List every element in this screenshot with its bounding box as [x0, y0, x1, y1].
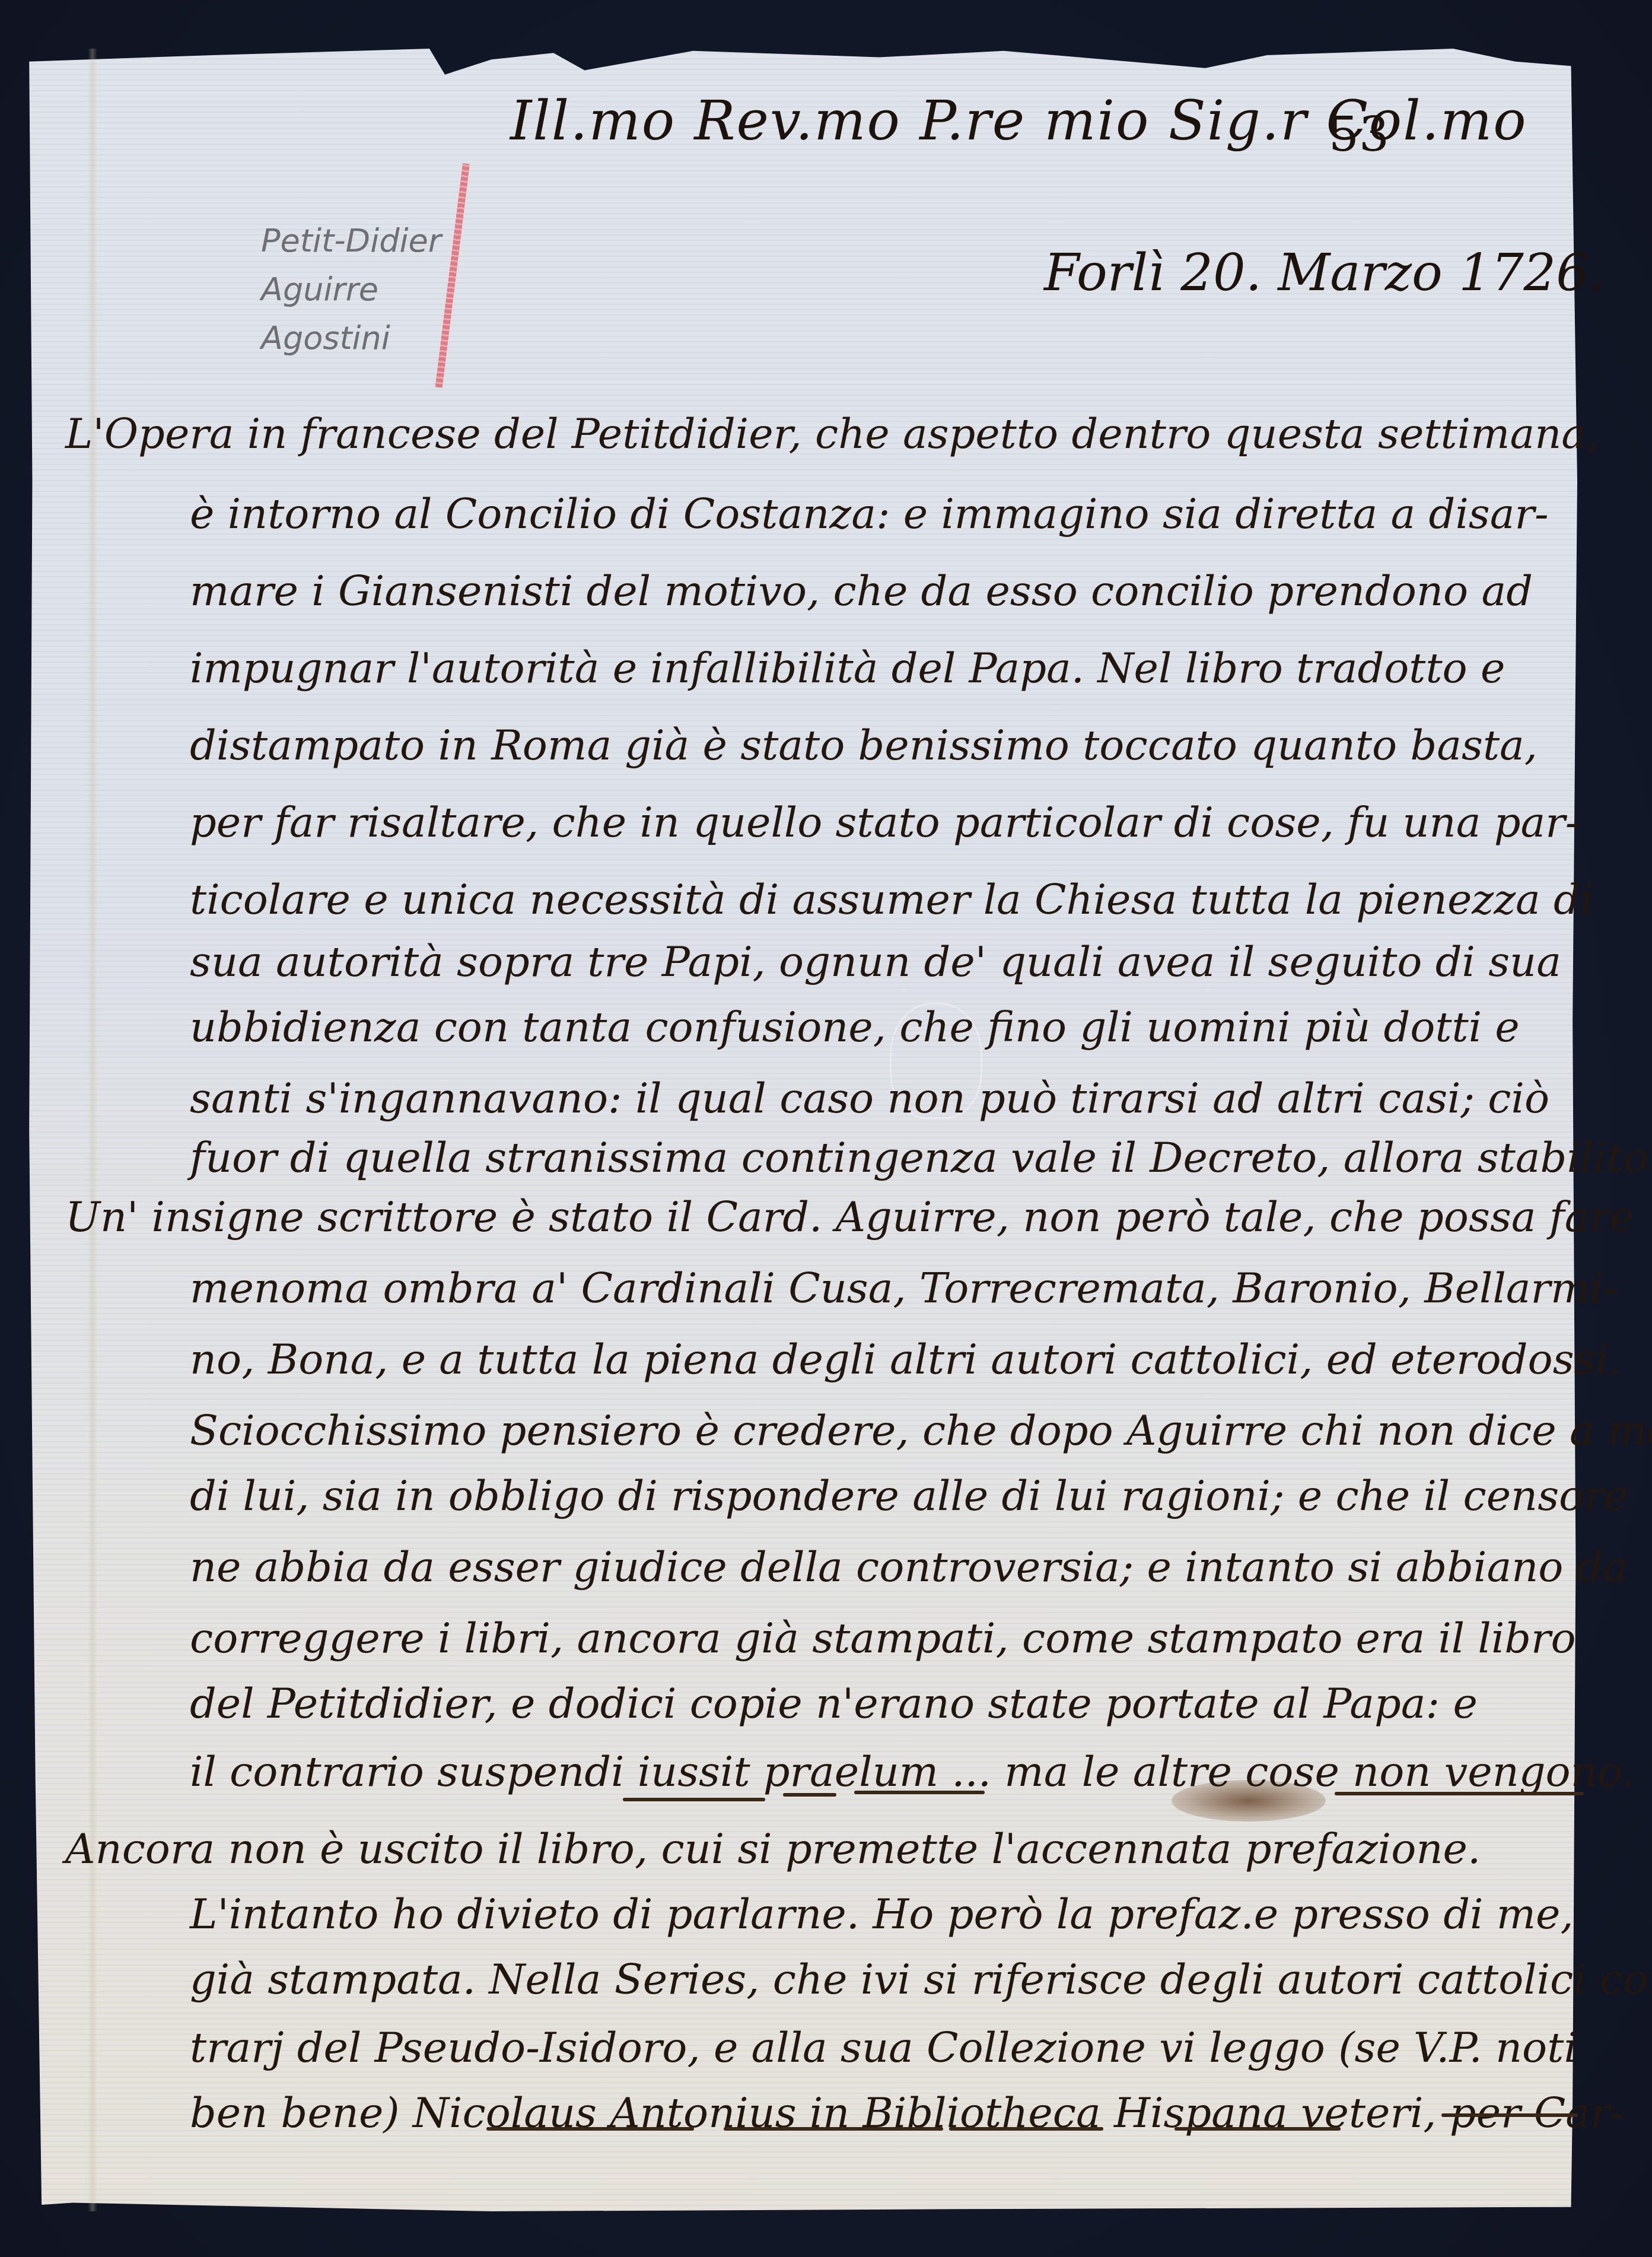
pencil-annotation: Petit-Didier Aguirre Agostini: [261, 217, 441, 363]
underline-mark: [854, 1791, 985, 1794]
pencil-annotation-line: Aguirre: [261, 265, 441, 314]
body-line: il contrario suspendi iussit praelum ...…: [190, 1747, 1635, 1796]
body-line: ubbidienza con tanta confusione, che fin…: [190, 1003, 1520, 1051]
body-line: no, Bona, e a tutta la piena degli altri…: [190, 1335, 1622, 1384]
folio-number: 53: [1329, 107, 1389, 162]
body-line: del Petitdidier, e dodici copie n'erano …: [190, 1679, 1478, 1728]
body-line: L'intanto ho divieto di parlarne. Ho per…: [190, 1890, 1574, 1938]
place-date-line: Forlì 20. Marzo 1726.: [1044, 243, 1605, 303]
body-line: santi s'ingannavano: il qual caso non pu…: [190, 1074, 1549, 1123]
body-line: fuor di quella stranissima contingenza v…: [190, 1133, 1652, 1182]
body-line: ne abbia da esser giudice della controve…: [190, 1543, 1628, 1591]
underline-mark: [623, 1798, 765, 1801]
body-line: Un' insigne scrittore è stato il Card. A…: [65, 1193, 1634, 1241]
body-line: impugnar l'autorità e infallibilità del …: [190, 644, 1505, 692]
paper-fold-crease: [88, 49, 97, 2211]
body-line: sua autorità sopra tre Papi, ognun de' q…: [190, 937, 1561, 986]
body-line: correggere i libri, ancora già stampati,…: [190, 1614, 1576, 1662]
body-line: L'Opera in francese del Petitdidier, che…: [65, 409, 1599, 458]
body-line: trarj del Pseudo-Isidoro, e alla sua Col…: [190, 2023, 1577, 2072]
body-line: di lui, sia in obbligo di rispondere all…: [190, 1471, 1628, 1520]
body-line: ticolare e unica necessità di assumer la…: [190, 875, 1593, 924]
underline-mark: [949, 2127, 1103, 2131]
body-line: Ancora non è uscito il libro, cui si pre…: [65, 1824, 1481, 1873]
underline-mark: [724, 2127, 943, 2131]
underline-mark: [1441, 2113, 1578, 2117]
body-line: mare i Giansenisti del motivo, che da es…: [190, 567, 1533, 615]
manuscript-page: [26, 49, 1577, 2211]
underline-mark: [1335, 1792, 1584, 1795]
body-line: distampato in Roma già è stato benissimo…: [190, 721, 1538, 770]
underline-mark: [486, 2127, 694, 2131]
body-line: è intorno al Concilio di Costanza: e imm…: [190, 489, 1549, 538]
underline-mark: [1174, 2127, 1341, 2131]
pencil-annotation-line: Petit-Didier: [261, 217, 441, 265]
body-line: per far risaltare, che in quello stato p…: [190, 798, 1579, 847]
body-line: già stampata. Nella Series, che ivi si r…: [190, 1955, 1652, 2004]
underline-mark: [783, 1793, 836, 1797]
pencil-annotation-line: Agostini: [261, 314, 441, 363]
body-line: Sciocchissimo pensiero è credere, che do…: [190, 1406, 1652, 1455]
body-line: menoma ombra a' Cardinali Cusa, Torrecre…: [190, 1264, 1617, 1312]
